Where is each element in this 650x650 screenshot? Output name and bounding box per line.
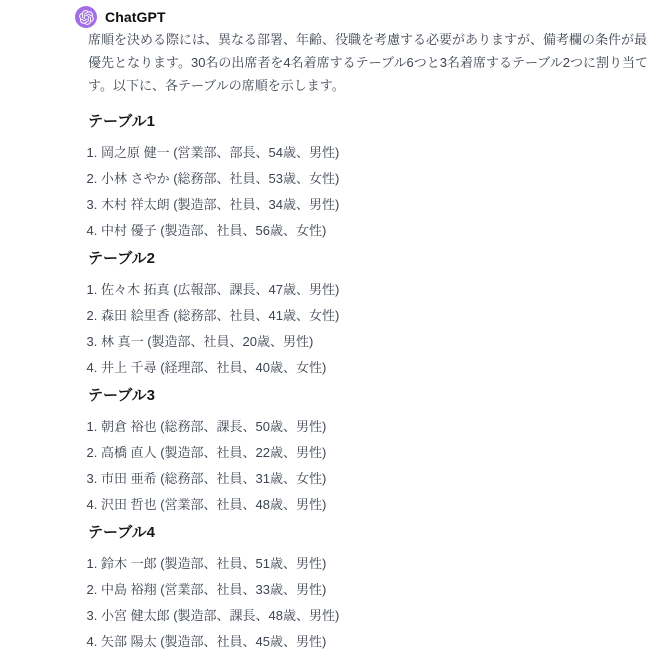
seat-item: 岡之原 健一 (営業部、部長、54歳、男性) [101,140,585,166]
table-title: テーブル2 [88,248,585,269]
intro-line: す。以下に、各テーブルの席順を示します。 [88,74,585,97]
table-seating-list: 鈴木 一郎 (製造部、社員、51歳、男性) 中島 裕翔 (営業部、社員、33歳、… [88,551,585,650]
table-section-2: テーブル2 佐々木 拓真 (広報部、課長、47歳、男性) 森田 絵里香 (総務部… [88,248,585,381]
table-section-1: テーブル1 岡之原 健一 (営業部、部長、54歳、男性) 小林 さやか (総務部… [88,111,585,244]
table-seating-list: 佐々木 拓真 (広報部、課長、47歳、男性) 森田 絵里香 (総務部、社員、41… [88,277,585,381]
table-title: テーブル4 [88,522,585,543]
chatgpt-avatar [75,6,97,28]
openai-logo-icon [79,10,94,25]
seat-item: 木村 祥太朗 (製造部、社員、34歳、男性) [101,192,585,218]
table-title: テーブル3 [88,385,585,406]
seat-item: 高橋 直人 (製造部、社員、22歳、男性) [101,440,585,466]
assistant-name: ChatGPT [105,9,166,25]
intro-paragraph: 席順を決める際には、異なる部署、年齢、役職を考慮する必要がありますが、備考欄の条… [88,28,585,97]
chat-message: ChatGPT 席順を決める際には、異なる部署、年齢、役職を考慮する必要がありま… [75,6,585,650]
seat-item: 林 真一 (製造部、社員、20歳、男性) [101,329,585,355]
seat-item: 鈴木 一郎 (製造部、社員、51歳、男性) [101,551,585,577]
seat-item: 中村 優子 (製造部、社員、56歳、女性) [101,218,585,244]
intro-line: 席順を決める際には、異なる部署、年齢、役職を考慮する必要がありますが、備考欄の条… [88,28,585,51]
seat-item: 井上 千尋 (経理部、社員、40歳、女性) [101,355,585,381]
seat-item: 小林 さやか (総務部、社員、53歳、女性) [101,166,585,192]
seat-item: 小宮 健太郎 (製造部、課長、48歳、男性) [101,603,585,629]
table-section-4: テーブル4 鈴木 一郎 (製造部、社員、51歳、男性) 中島 裕翔 (営業部、社… [88,522,585,650]
table-seating-list: 岡之原 健一 (営業部、部長、54歳、男性) 小林 さやか (総務部、社員、53… [88,140,585,244]
intro-line: 優先となります。30名の出席者を4名着席するテーブル6つと3名着席するテーブル2… [88,51,585,74]
seat-item: 市田 亜希 (総務部、社員、31歳、女性) [101,466,585,492]
seat-item: 佐々木 拓真 (広報部、課長、47歳、男性) [101,277,585,303]
table-section-3: テーブル3 朝倉 裕也 (総務部、課長、50歳、男性) 高橋 直人 (製造部、社… [88,385,585,518]
seat-item: 森田 絵里香 (総務部、社員、41歳、女性) [101,303,585,329]
seat-item: 沢田 哲也 (営業部、社員、48歳、男性) [101,492,585,518]
seat-item: 中島 裕翔 (営業部、社員、33歳、男性) [101,577,585,603]
seat-item: 朝倉 裕也 (総務部、課長、50歳、男性) [101,414,585,440]
table-seating-list: 朝倉 裕也 (総務部、課長、50歳、男性) 高橋 直人 (製造部、社員、22歳、… [88,414,585,518]
message-content: 席順を決める際には、異なる部署、年齢、役職を考慮する必要がありますが、備考欄の条… [88,28,585,650]
table-title: テーブル1 [88,111,585,132]
seat-item: 矢部 陽太 (製造部、社員、45歳、男性) [101,629,585,650]
message-header: ChatGPT [75,6,585,28]
